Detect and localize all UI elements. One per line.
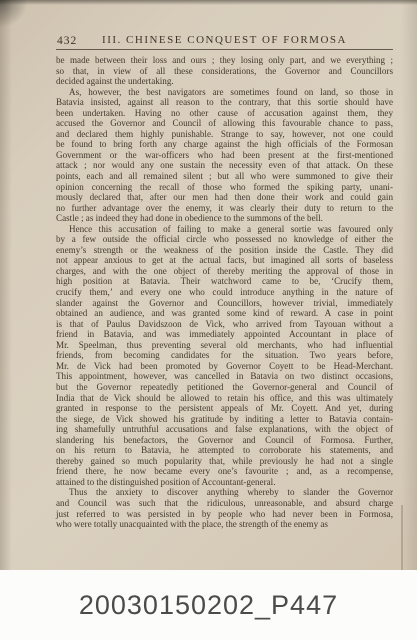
book-page: 432 III. CHINESE CONQUEST OF FORMOSA be … bbox=[0, 0, 417, 570]
text-line: attained to the distinguished position o… bbox=[56, 477, 393, 488]
text-line: no further advantage over the enemy, it … bbox=[56, 203, 393, 214]
header-rule bbox=[56, 49, 393, 50]
text-line: by a few outside the official circle who… bbox=[56, 234, 393, 245]
page-edge-shadow bbox=[401, 505, 403, 570]
text-line: is that of Paulus Davidszoon de Vick, wh… bbox=[56, 319, 393, 330]
text-line: crucify them,’ and every one who could i… bbox=[56, 287, 393, 298]
text-line: Hence this accusation of failing to make… bbox=[56, 224, 393, 235]
text-line: who were totally unacquainted with the p… bbox=[56, 519, 393, 530]
text-line: the siege, de Vick showed his gratitude … bbox=[56, 414, 393, 425]
text-line: been undertaken. Having no other cause o… bbox=[56, 108, 393, 119]
paragraph: Thus the anxiety to discover anything wh… bbox=[56, 487, 393, 529]
text-line: enemy’s strength or the weakness of the … bbox=[56, 245, 393, 256]
text-line: Mr. de Vick had been promoted by Governo… bbox=[56, 361, 393, 372]
text-line: and Council was such that the ridiculous… bbox=[56, 498, 393, 509]
text-line: This appointment, however, was cancelled… bbox=[56, 371, 393, 382]
running-header-title: III. CHINESE CONQUEST OF FORMOSA bbox=[56, 34, 393, 46]
page-header: 432 III. CHINESE CONQUEST OF FORMOSA bbox=[56, 34, 393, 48]
text-line: Castle ; as indeed they had done in obed… bbox=[56, 213, 393, 224]
text-line: Thus the anxiety to discover anything wh… bbox=[56, 487, 393, 498]
text-line: Batavia insisted, against all reason to … bbox=[56, 97, 393, 108]
page-text: be made between their loss and ours ; th… bbox=[56, 55, 393, 530]
text-line: and declared them highly punishable. Str… bbox=[56, 129, 393, 140]
page-number: 432 bbox=[57, 35, 77, 47]
text-line: obtained an audience, and was granted so… bbox=[56, 308, 393, 319]
text-line: ing shamefully untruthful accusations an… bbox=[56, 424, 393, 435]
text-line: friend in Batavia, and was immediately a… bbox=[56, 329, 393, 340]
scan-id-label: 20030150202_P447 bbox=[79, 590, 338, 621]
text-line: Mr. Speelman, thus preventing several ol… bbox=[56, 340, 393, 351]
text-line: thereby gained so much popularity that, … bbox=[56, 456, 393, 467]
text-line: on his return to Batavia, he attempted t… bbox=[56, 445, 393, 456]
text-line: be made between their loss and ours ; th… bbox=[56, 55, 393, 66]
paragraph: As, however, the best navigators are som… bbox=[56, 87, 393, 224]
text-line: charges, and with the one object of ther… bbox=[56, 266, 393, 277]
text-line: not appear anxious to get at the actual … bbox=[56, 255, 393, 266]
text-line: friends, from becoming candidates for th… bbox=[56, 350, 393, 361]
scan-label-strip: 20030150202_P447 bbox=[0, 570, 417, 640]
text-line: attack ; nor would any one sustain the n… bbox=[56, 160, 393, 171]
text-line: Government or the war-officers who had b… bbox=[56, 150, 393, 161]
text-line: slander against the Governor and Council… bbox=[56, 298, 393, 309]
paragraph: Hence this accusation of failing to make… bbox=[56, 224, 393, 488]
text-line: slandering his benefactors, the Governor… bbox=[56, 435, 393, 446]
text-line: but the Governor repeatedly petitioned t… bbox=[56, 382, 393, 393]
text-line: mously declared that, after our men had … bbox=[56, 192, 393, 203]
paragraph: be made between their loss and ours ; th… bbox=[56, 55, 393, 87]
text-line: just referred to was persisted in by peo… bbox=[56, 509, 393, 520]
text-line: high position at Batavia. Their watchwor… bbox=[56, 276, 393, 287]
text-line: India that de Vick should be allowed to … bbox=[56, 393, 393, 404]
text-line: As, however, the best navigators are som… bbox=[56, 87, 393, 98]
text-line: decided against the undertaking. bbox=[56, 76, 393, 87]
text-line: so that, in view of all these considerat… bbox=[56, 66, 393, 77]
text-line: granted in response to the persistent ap… bbox=[56, 403, 393, 414]
text-line: points, each and all remained silent ; b… bbox=[56, 171, 393, 182]
text-line: be found to bring forth any charge again… bbox=[56, 139, 393, 150]
scanned-page-photo: 432 III. CHINESE CONQUEST OF FORMOSA be … bbox=[0, 0, 417, 640]
text-line: opinion concerning the recall of those w… bbox=[56, 182, 393, 193]
text-line: accused the Governor and Council of allo… bbox=[56, 118, 393, 129]
text-line: friend there, he now became every one’s … bbox=[56, 466, 393, 477]
